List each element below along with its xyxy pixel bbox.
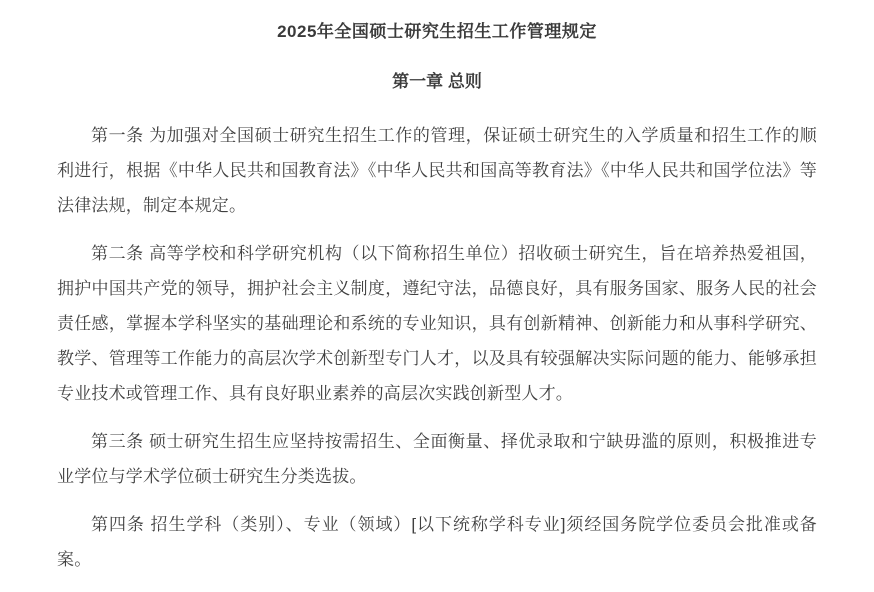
document-body: 第一条 为加强对全国硕士研究生招生工作的管理，保证硕士研究生的入学质量和招生工作… bbox=[57, 92, 817, 577]
paragraph-article-1: 第一条 为加强对全国硕士研究生招生工作的管理，保证硕士研究生的入学质量和招生工作… bbox=[57, 105, 817, 223]
paragraph-article-2: 第二条 高等学校和科学研究机构（以下简称招生单位）招收硕士研究生，旨在培养热爱祖… bbox=[57, 223, 817, 411]
document-page: 2025年全国硕士研究生招生工作管理规定 第一章 总则 第一条 为加强对全国硕士… bbox=[57, 0, 817, 577]
document-title: 2025年全国硕士研究生招生工作管理规定 bbox=[57, 0, 817, 42]
paragraph-article-3: 第三条 硕士研究生招生应坚持按需招生、全面衡量、择优录取和宁缺毋滥的原则，积极推… bbox=[57, 411, 817, 494]
chapter-heading: 第一章 总则 bbox=[57, 42, 817, 92]
paragraph-article-4: 第四条 招生学科（类别）、专业（领域）[以下统称学科专业]须经国务院学位委员会批… bbox=[57, 494, 817, 577]
